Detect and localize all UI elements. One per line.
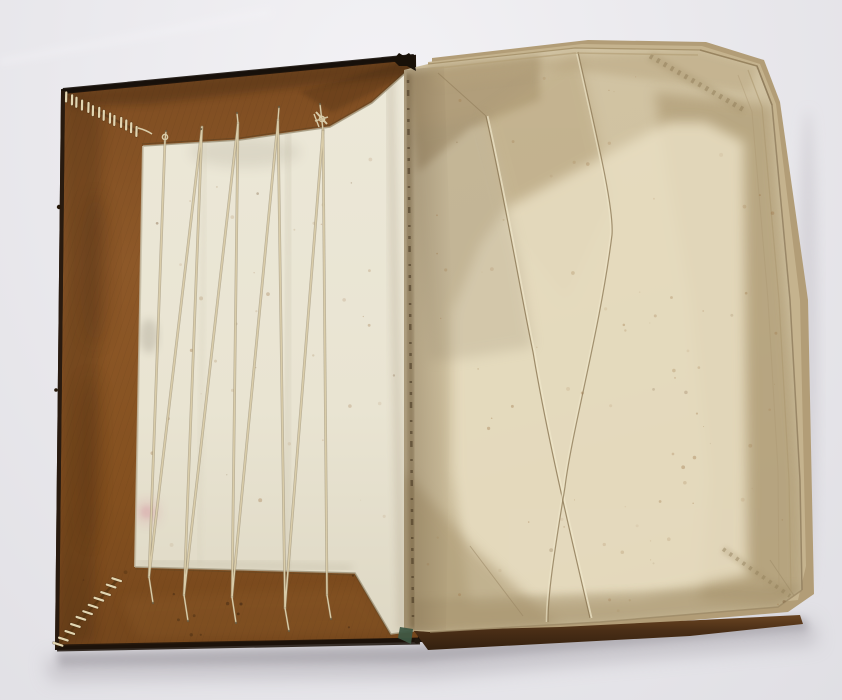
- foxing-speckle: [636, 524, 639, 527]
- foxing-speckle: [674, 377, 676, 379]
- edge-damage-nick: [54, 388, 58, 392]
- speck: [226, 602, 229, 605]
- foxing-speckle: [667, 537, 671, 541]
- foxing-speckle: [693, 456, 697, 460]
- foxing-speckle: [771, 211, 775, 215]
- foxing-speckle: [230, 215, 234, 219]
- foxing-speckle: [536, 346, 538, 348]
- foxing-speckle: [653, 198, 655, 200]
- foxing-speckle: [751, 488, 752, 489]
- left-board: [54, 57, 420, 648]
- speck: [83, 579, 85, 581]
- foxing-speckle: [550, 175, 553, 178]
- lacing-hole: [235, 622, 237, 624]
- foxing-speckle: [687, 349, 690, 352]
- foxing-speckle: [581, 392, 584, 395]
- foxing-speckle: [179, 263, 182, 266]
- foxing-speckle: [652, 388, 655, 391]
- leather-mottle: [77, 375, 103, 545]
- speck: [173, 593, 175, 595]
- edge-damage-nick: [57, 205, 61, 209]
- lacing-hole: [236, 112, 238, 114]
- foxing-speckle: [491, 417, 493, 419]
- foxing-speckle: [543, 77, 546, 80]
- foxing-speckle: [574, 499, 575, 500]
- foxing-speckle: [436, 214, 438, 216]
- foxing-speckle: [363, 316, 364, 317]
- foxing-speckle: [511, 405, 514, 408]
- foxing-speckle: [654, 314, 657, 317]
- foxing-speckle: [563, 526, 565, 528]
- foxing-speckle: [348, 404, 352, 408]
- foxing-speckle: [639, 291, 641, 293]
- foxing-speckle: [623, 324, 625, 326]
- foxing-speckle: [321, 224, 322, 225]
- foxing-speckle: [456, 141, 458, 143]
- foxing-speckle: [743, 205, 747, 209]
- backdrop-wrinkle: [0, 12, 270, 62]
- foxing-speckle: [650, 540, 651, 541]
- foxing-speckle: [351, 182, 353, 184]
- foxing-speckle: [745, 292, 748, 295]
- foxing-speckle: [322, 439, 324, 441]
- foxing-speckle: [293, 229, 295, 231]
- foxing-speckle: [487, 427, 490, 430]
- foxing-speckle: [360, 500, 361, 501]
- foxing-speckle: [477, 368, 479, 370]
- foxing-speckle: [549, 548, 553, 552]
- foxing-speckle: [368, 324, 371, 327]
- foxing-speckle: [512, 140, 515, 143]
- foxing-speckle: [378, 402, 382, 406]
- foxing-speckle: [560, 518, 563, 521]
- foxing-speckle: [255, 310, 257, 312]
- foxing-speckle: [368, 269, 371, 272]
- foxing-speckle: [490, 267, 494, 271]
- foxing-speckle: [624, 329, 626, 331]
- foxing-speckle: [427, 563, 430, 566]
- foxing-speckle: [481, 272, 482, 273]
- foxing-speckle: [702, 310, 704, 312]
- foxing-speckle: [586, 162, 590, 166]
- foxing-speckle: [684, 391, 687, 394]
- foxing-speckle: [629, 599, 631, 601]
- book-illustration: [0, 0, 842, 700]
- foxing-speckle: [774, 384, 775, 385]
- lacing-hole: [278, 106, 280, 108]
- foxing-speckle: [312, 354, 314, 356]
- foxing-speckle: [256, 192, 259, 195]
- foxing-speckle: [768, 408, 771, 411]
- speck: [177, 618, 180, 621]
- foxing-speckle: [288, 442, 291, 445]
- foxing-speckle: [214, 360, 217, 363]
- foxing-speckle: [440, 318, 441, 319]
- speck: [190, 633, 193, 636]
- foxing-speckle: [683, 481, 687, 485]
- lacing-hole: [200, 128, 202, 130]
- foxing-speckle: [603, 543, 606, 546]
- foxing-speckle: [368, 158, 372, 162]
- foxing-speckle: [774, 332, 777, 335]
- foxing-speckle: [226, 474, 227, 475]
- foxing-speckle: [498, 569, 501, 572]
- foxing-speckle: [692, 502, 694, 504]
- spine-damage-bottom: [414, 638, 420, 644]
- foxing-speckle: [703, 426, 704, 427]
- foxing-speckle: [608, 598, 611, 601]
- foxing-speckle: [719, 153, 723, 157]
- foxing-speckle: [253, 272, 254, 273]
- leather-mottle: [80, 195, 110, 345]
- lacing-hole: [288, 630, 290, 632]
- foxing-speckle: [573, 161, 576, 164]
- foxing-speckle: [681, 465, 685, 469]
- foxing-speckle: [653, 562, 655, 564]
- foxing-speckle: [436, 253, 438, 255]
- foxing-speckle: [730, 314, 733, 317]
- speck: [352, 575, 354, 577]
- foxing-speckle: [437, 536, 439, 538]
- foxing-speckle: [170, 543, 174, 547]
- foxing-speckle: [635, 76, 636, 77]
- foxing-speckle: [696, 412, 698, 414]
- foxing-speckle: [199, 296, 203, 300]
- lacing-hole: [165, 130, 167, 132]
- foxing-speckle: [609, 404, 612, 407]
- lacing-hole: [330, 618, 332, 620]
- foxing-speckle: [258, 498, 262, 502]
- foxing-speckle: [672, 369, 676, 373]
- foxing-speckle: [444, 268, 447, 271]
- foxing-speckle: [608, 142, 611, 145]
- foxing-speckle: [741, 498, 745, 502]
- foxing-speckle: [649, 322, 650, 323]
- foxing-speckle: [608, 90, 609, 91]
- foxing-speckle: [710, 443, 711, 444]
- foxing-speckle: [393, 374, 395, 376]
- foxing-speckle: [216, 186, 218, 188]
- foxing-speckle: [672, 453, 675, 456]
- speck: [200, 634, 202, 636]
- lacing-hole: [152, 602, 154, 604]
- foxing-speckle: [571, 271, 575, 275]
- foxing-speckle: [621, 550, 625, 554]
- foxing-speckle: [200, 393, 202, 395]
- speck: [348, 626, 350, 628]
- foxing-speckle: [156, 222, 159, 225]
- foxing-speckle: [759, 194, 761, 196]
- foxing-speckle: [625, 506, 627, 508]
- foxing-speckle: [566, 387, 570, 391]
- paper-streak: [286, 120, 290, 570]
- foxing-speckle: [650, 559, 651, 560]
- foxing-speckle: [383, 515, 386, 518]
- lacing-hole: [187, 620, 189, 622]
- foxing-speckle: [659, 500, 662, 503]
- speck: [237, 612, 240, 615]
- foxing-speckle: [266, 292, 270, 296]
- foxing-speckle: [670, 296, 673, 299]
- foxing-speckle: [782, 519, 784, 521]
- foxing-speckle: [528, 521, 530, 523]
- foxing-speckle: [613, 91, 614, 92]
- foxing-speckle: [458, 99, 461, 102]
- foxing-speckle: [458, 593, 461, 596]
- speck: [240, 602, 243, 605]
- foxing-speckle: [604, 307, 607, 310]
- foxing-speckle: [698, 366, 701, 369]
- photo-antique-book-binding: [0, 0, 842, 700]
- foxing-speckle: [503, 219, 505, 221]
- foxing-speckle: [748, 444, 752, 448]
- speck: [193, 614, 196, 617]
- lacing-hole: [319, 103, 321, 105]
- gray-smudge: [140, 319, 158, 353]
- foxing-speckle: [617, 609, 620, 612]
- foxing-speckle: [189, 200, 191, 202]
- foxing-speckle: [342, 298, 346, 302]
- foxing-speckle: [777, 603, 779, 605]
- speck: [124, 570, 128, 574]
- right-page-block: [393, 40, 814, 650]
